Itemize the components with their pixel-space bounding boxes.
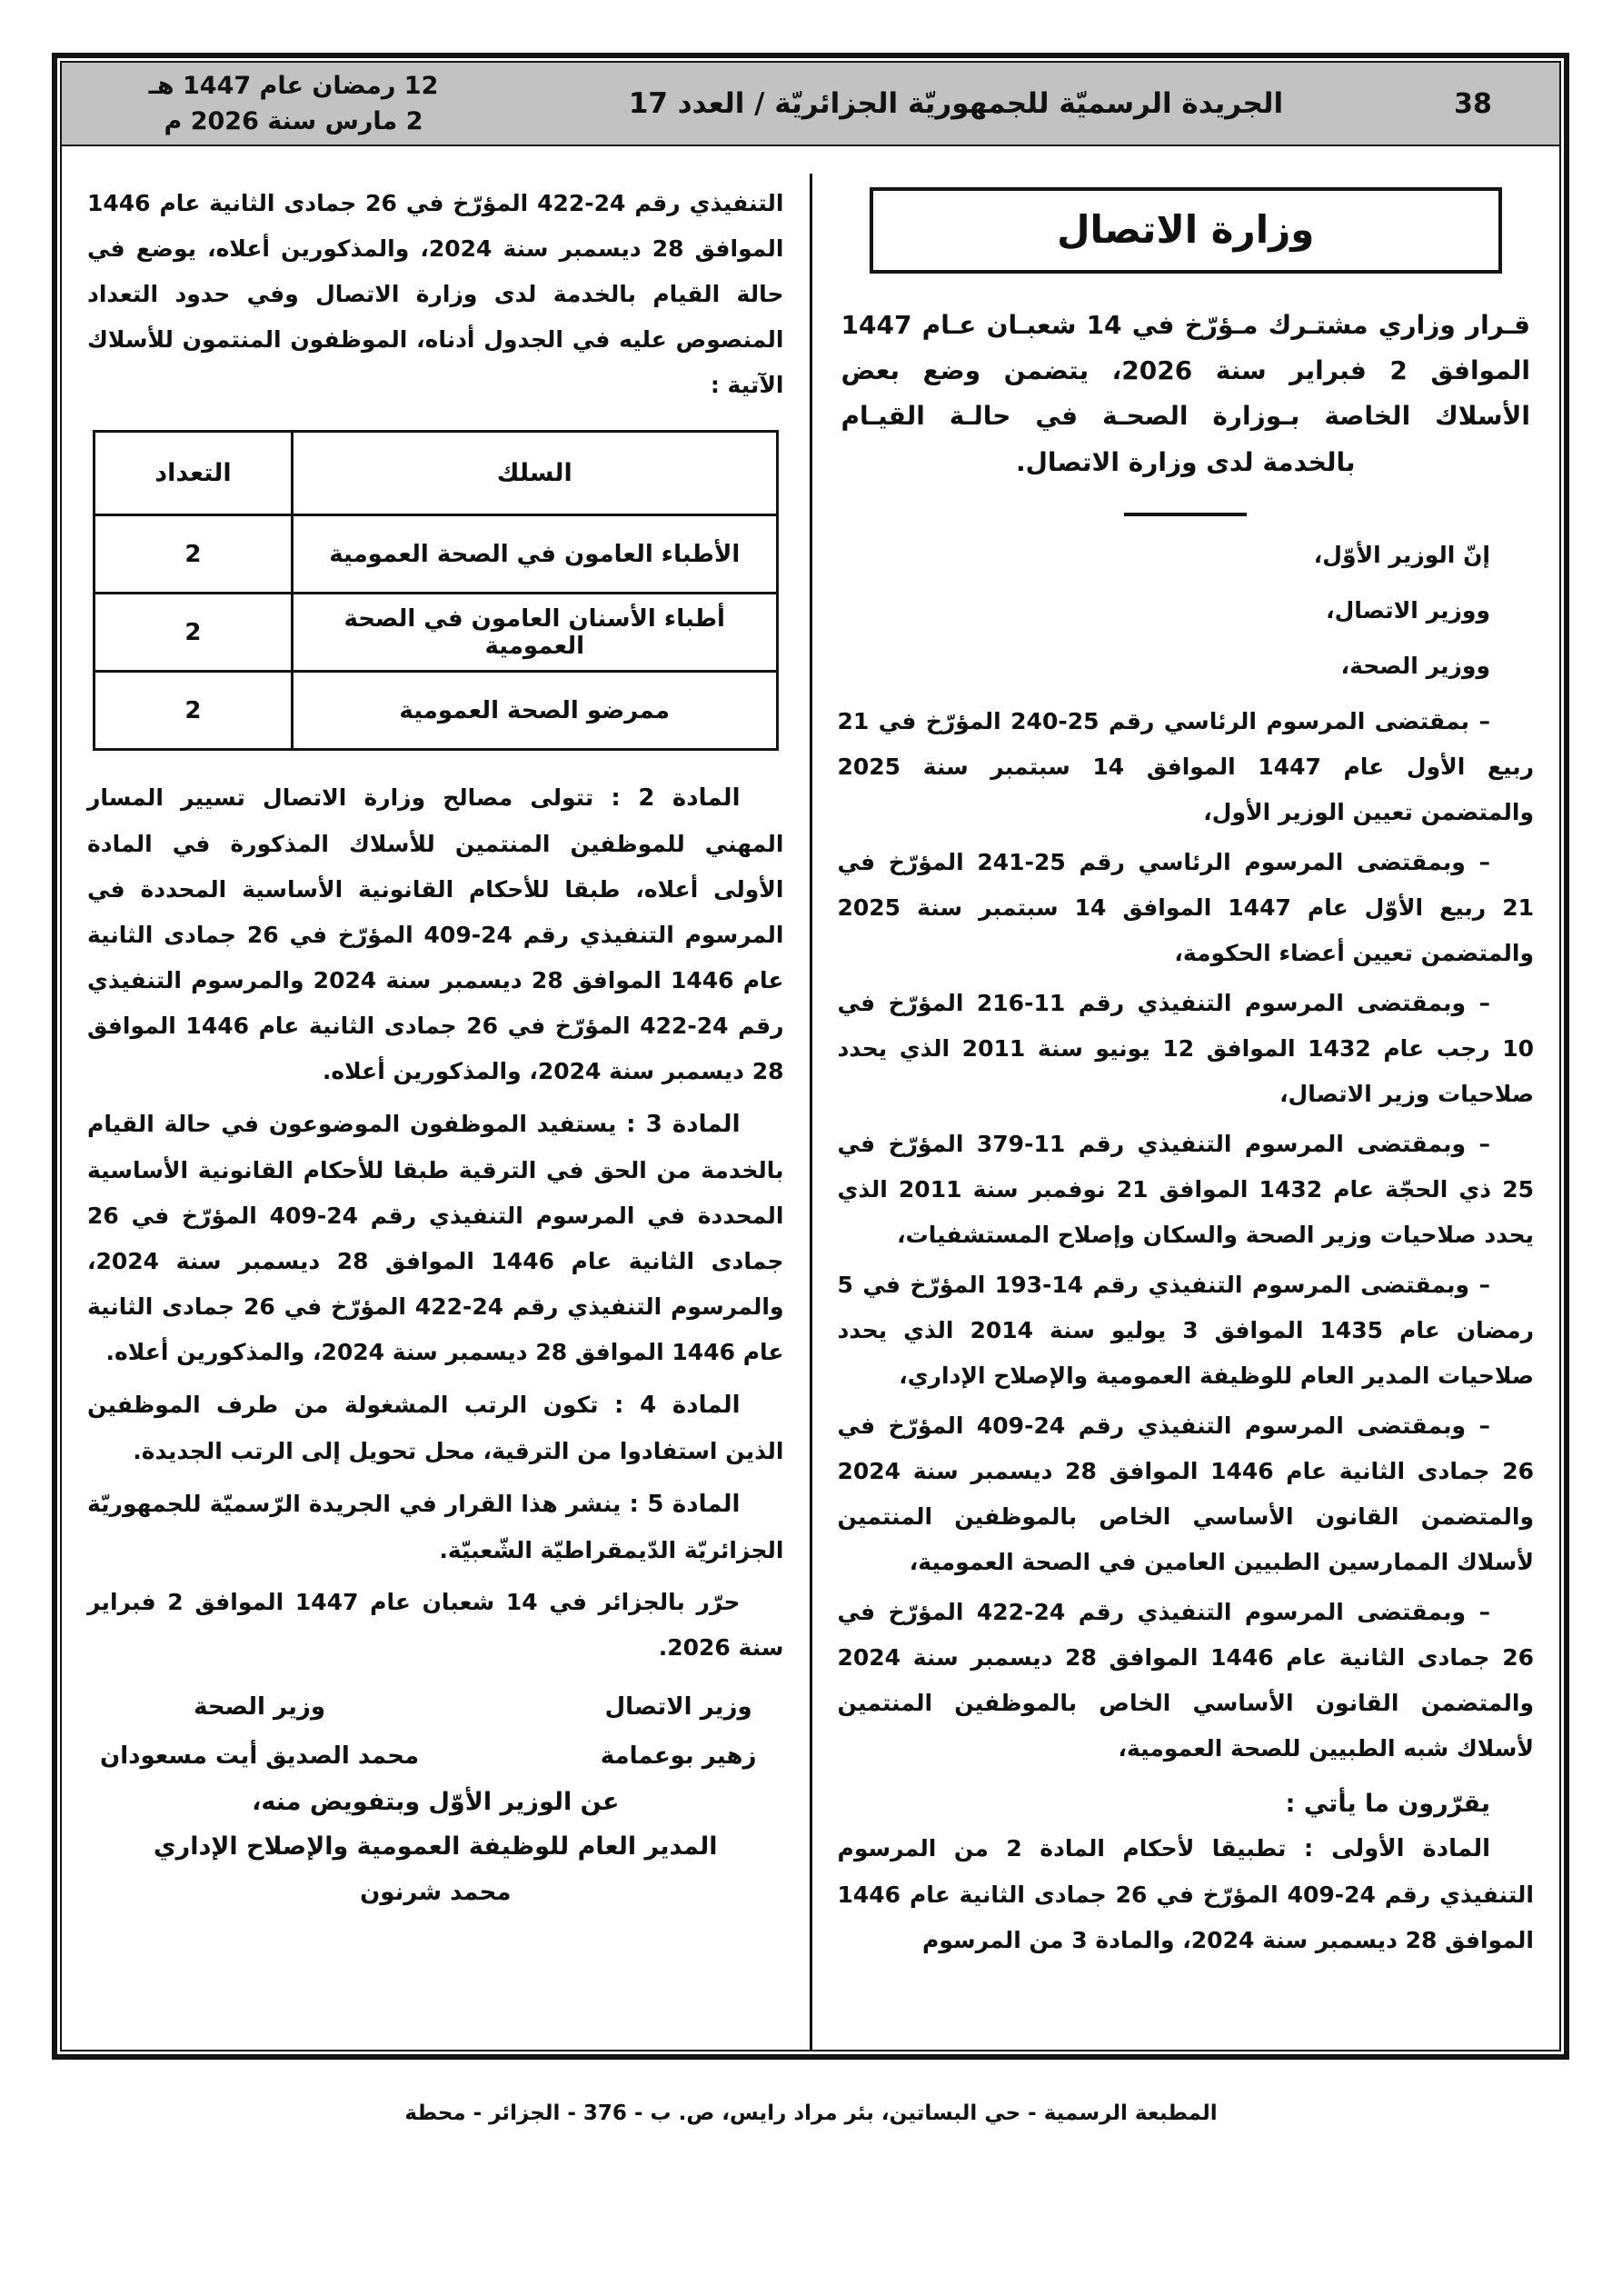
signature-title: وزير الصحة bbox=[100, 1693, 419, 1721]
article-1-continuation: التنفيذي رقم 24‏-422 المؤرّخ في 26 جمادى… bbox=[87, 181, 784, 408]
signature-health-minister: وزير الصحة محمد الصديق أيت مسعودان bbox=[100, 1693, 419, 1770]
visa-paragraph: – وبمقتضى المرسوم التنفيذي رقم 11‏-216 ا… bbox=[838, 981, 1535, 1117]
corps-table-body: الأطباء العامون في الصحة العمومية 2 أطبا… bbox=[95, 515, 778, 750]
column-left: التنفيذي رقم 24‏-422 المؤرّخ في 26 جمادى… bbox=[62, 146, 810, 2050]
imprint-footer: المطبعة الرسمية - حي البساتين، بئر مراد … bbox=[0, 2101, 1622, 2125]
signed-at-line: حرّر بالجزائر في 14 شعبان عام 1447 الموا… bbox=[87, 1580, 784, 1671]
corps-table-head: السلك التعداد bbox=[95, 432, 778, 515]
visa-paragraph: – وبمقتضى المرسوم التنفيذي رقم 11‏-379 ا… bbox=[838, 1122, 1535, 1258]
column-right: وزارة الاتصال قـرار وزاري مشتـرك مـؤرّخ … bbox=[812, 146, 1560, 2050]
preamble-line: ووزير الصحة، bbox=[838, 644, 1535, 689]
article-1: المادة الأولى : تطبيقا لأحكام المادة 2 م… bbox=[838, 1825, 1535, 1963]
delegation-name: محمد شرنون bbox=[87, 1879, 784, 1906]
table-row: الأطباء العامون في الصحة العمومية 2 bbox=[95, 515, 778, 594]
delegation-line: عن الوزير الأوّل وبتفويض منه، bbox=[87, 1788, 784, 1816]
content-columns: وزارة الاتصال قـرار وزاري مشتـرك مـؤرّخ … bbox=[62, 146, 1559, 2050]
visa-paragraph: – وبمقتضى المرسوم الرئاسي رقم 25‏-241 ال… bbox=[838, 840, 1535, 976]
signature-name: محمد الصديق أيت مسعودان bbox=[100, 1742, 419, 1770]
column-divider bbox=[810, 174, 812, 2050]
article-5-label: المادة 5 : bbox=[630, 1491, 741, 1518]
signature-communication-minister: وزير الاتصال زهير بوعمامة bbox=[601, 1693, 757, 1770]
count-cell: 2 bbox=[95, 672, 293, 750]
decide-line: يقرّرون ما يأتي : bbox=[838, 1790, 1535, 1818]
corps-cell: ممرضو الصحة العمومية bbox=[292, 672, 777, 750]
separator-rule bbox=[1124, 513, 1247, 516]
page-frame: 12 رمضان عام 1447 هـ 2 مارس سنة 2026 م ا… bbox=[52, 53, 1569, 2060]
delegation-title: المدير العام للوظيفة العمومية والإصلاح ا… bbox=[87, 1832, 784, 1861]
article-3-label: المادة 3 : bbox=[626, 1111, 740, 1138]
ministry-title-box: وزارة الاتصال bbox=[870, 187, 1503, 274]
count-cell: 2 bbox=[95, 515, 293, 594]
article-3: المادة 3 : يستفيد الموظفون الموضوعون في … bbox=[87, 1101, 784, 1375]
page-frame-inner: 12 رمضان عام 1447 هـ 2 مارس سنة 2026 م ا… bbox=[60, 61, 1561, 2051]
signatures-row: وزير الاتصال زهير بوعمامة وزير الصحة محم… bbox=[87, 1693, 784, 1770]
date-gregorian: 2 مارس سنة 2026 م bbox=[80, 104, 507, 139]
article-2: المادة 2 : تتولى مصالح وزارة الاتصال تسي… bbox=[87, 774, 784, 1094]
visa-paragraph: – وبمقتضى المرسوم التنفيذي رقم 14‏-193 ا… bbox=[838, 1263, 1535, 1399]
corps-cell: الأطباء العامون في الصحة العمومية bbox=[292, 515, 777, 594]
table-header-count: التعداد bbox=[95, 432, 293, 515]
article-1-label: المادة الأولى : bbox=[1304, 1835, 1490, 1862]
visa-paragraph: – وبمقتضى المرسوم التنفيذي رقم 24‏-409 ا… bbox=[838, 1403, 1535, 1585]
header-dates: 12 رمضان عام 1447 هـ 2 مارس سنة 2026 م bbox=[80, 68, 507, 139]
article-4-label: المادة 4 : bbox=[614, 1392, 741, 1419]
visa-paragraph: – وبمقتضى المرسوم التنفيذي رقم 24‏-422 ا… bbox=[838, 1590, 1535, 1772]
date-hijri: 12 رمضان عام 1447 هـ bbox=[80, 68, 507, 104]
preamble-line: إنّ الوزير الأوّل، bbox=[838, 533, 1535, 578]
visa-paragraph: – بمقتضى المرسوم الرئاسي رقم 25‏-240 الم… bbox=[838, 699, 1535, 835]
article-4: المادة 4 : تكون الرتب المشغولة من طرف ال… bbox=[87, 1382, 784, 1474]
count-cell: 2 bbox=[95, 594, 293, 672]
gazette-page: { "header": { "date_hijri": "12 رمضان عا… bbox=[0, 0, 1622, 2296]
corps-table: السلك التعداد الأطباء العامون في الصحة ا… bbox=[93, 430, 779, 751]
article-3-text: يستفيد الموظفون الموضوعون في حالة القيام… bbox=[87, 1111, 784, 1365]
article-5: المادة 5 : ينشر هذا القرار في الجريدة ال… bbox=[87, 1481, 784, 1573]
page-number: 38 bbox=[1405, 88, 1541, 120]
delegation-block: عن الوزير الأوّل وبتفويض منه، المدير الع… bbox=[87, 1788, 784, 1906]
ministry-title: وزارة الاتصال bbox=[1057, 207, 1314, 252]
signature-title: وزير الاتصال bbox=[601, 1693, 757, 1721]
table-row: ممرضو الصحة العمومية 2 bbox=[95, 672, 778, 750]
journal-title: الجريدة الرسميّة للجمهوريّة الجزائريّة /… bbox=[507, 87, 1405, 120]
table-row: أطباء الأسنان العامون في الصحة العمومية … bbox=[95, 594, 778, 672]
signature-name: زهير بوعمامة bbox=[601, 1742, 757, 1770]
corps-cell: أطباء الأسنان العامون في الصحة العمومية bbox=[292, 594, 777, 672]
article-2-text: تتولى مصالح وزارة الاتصال تسيير المسار ا… bbox=[87, 784, 784, 1084]
article-2-label: المادة 2 : bbox=[611, 784, 740, 812]
table-header-corps: السلك bbox=[292, 432, 777, 515]
decree-summary: قـرار وزاري مشتـرك مـؤرّخ في 14 شعبـان ع… bbox=[841, 303, 1531, 486]
header: 12 رمضان عام 1447 هـ 2 مارس سنة 2026 م ا… bbox=[62, 63, 1559, 146]
preamble-line: ووزير الاتصال، bbox=[838, 588, 1535, 634]
table-header-row: السلك التعداد bbox=[95, 432, 778, 515]
